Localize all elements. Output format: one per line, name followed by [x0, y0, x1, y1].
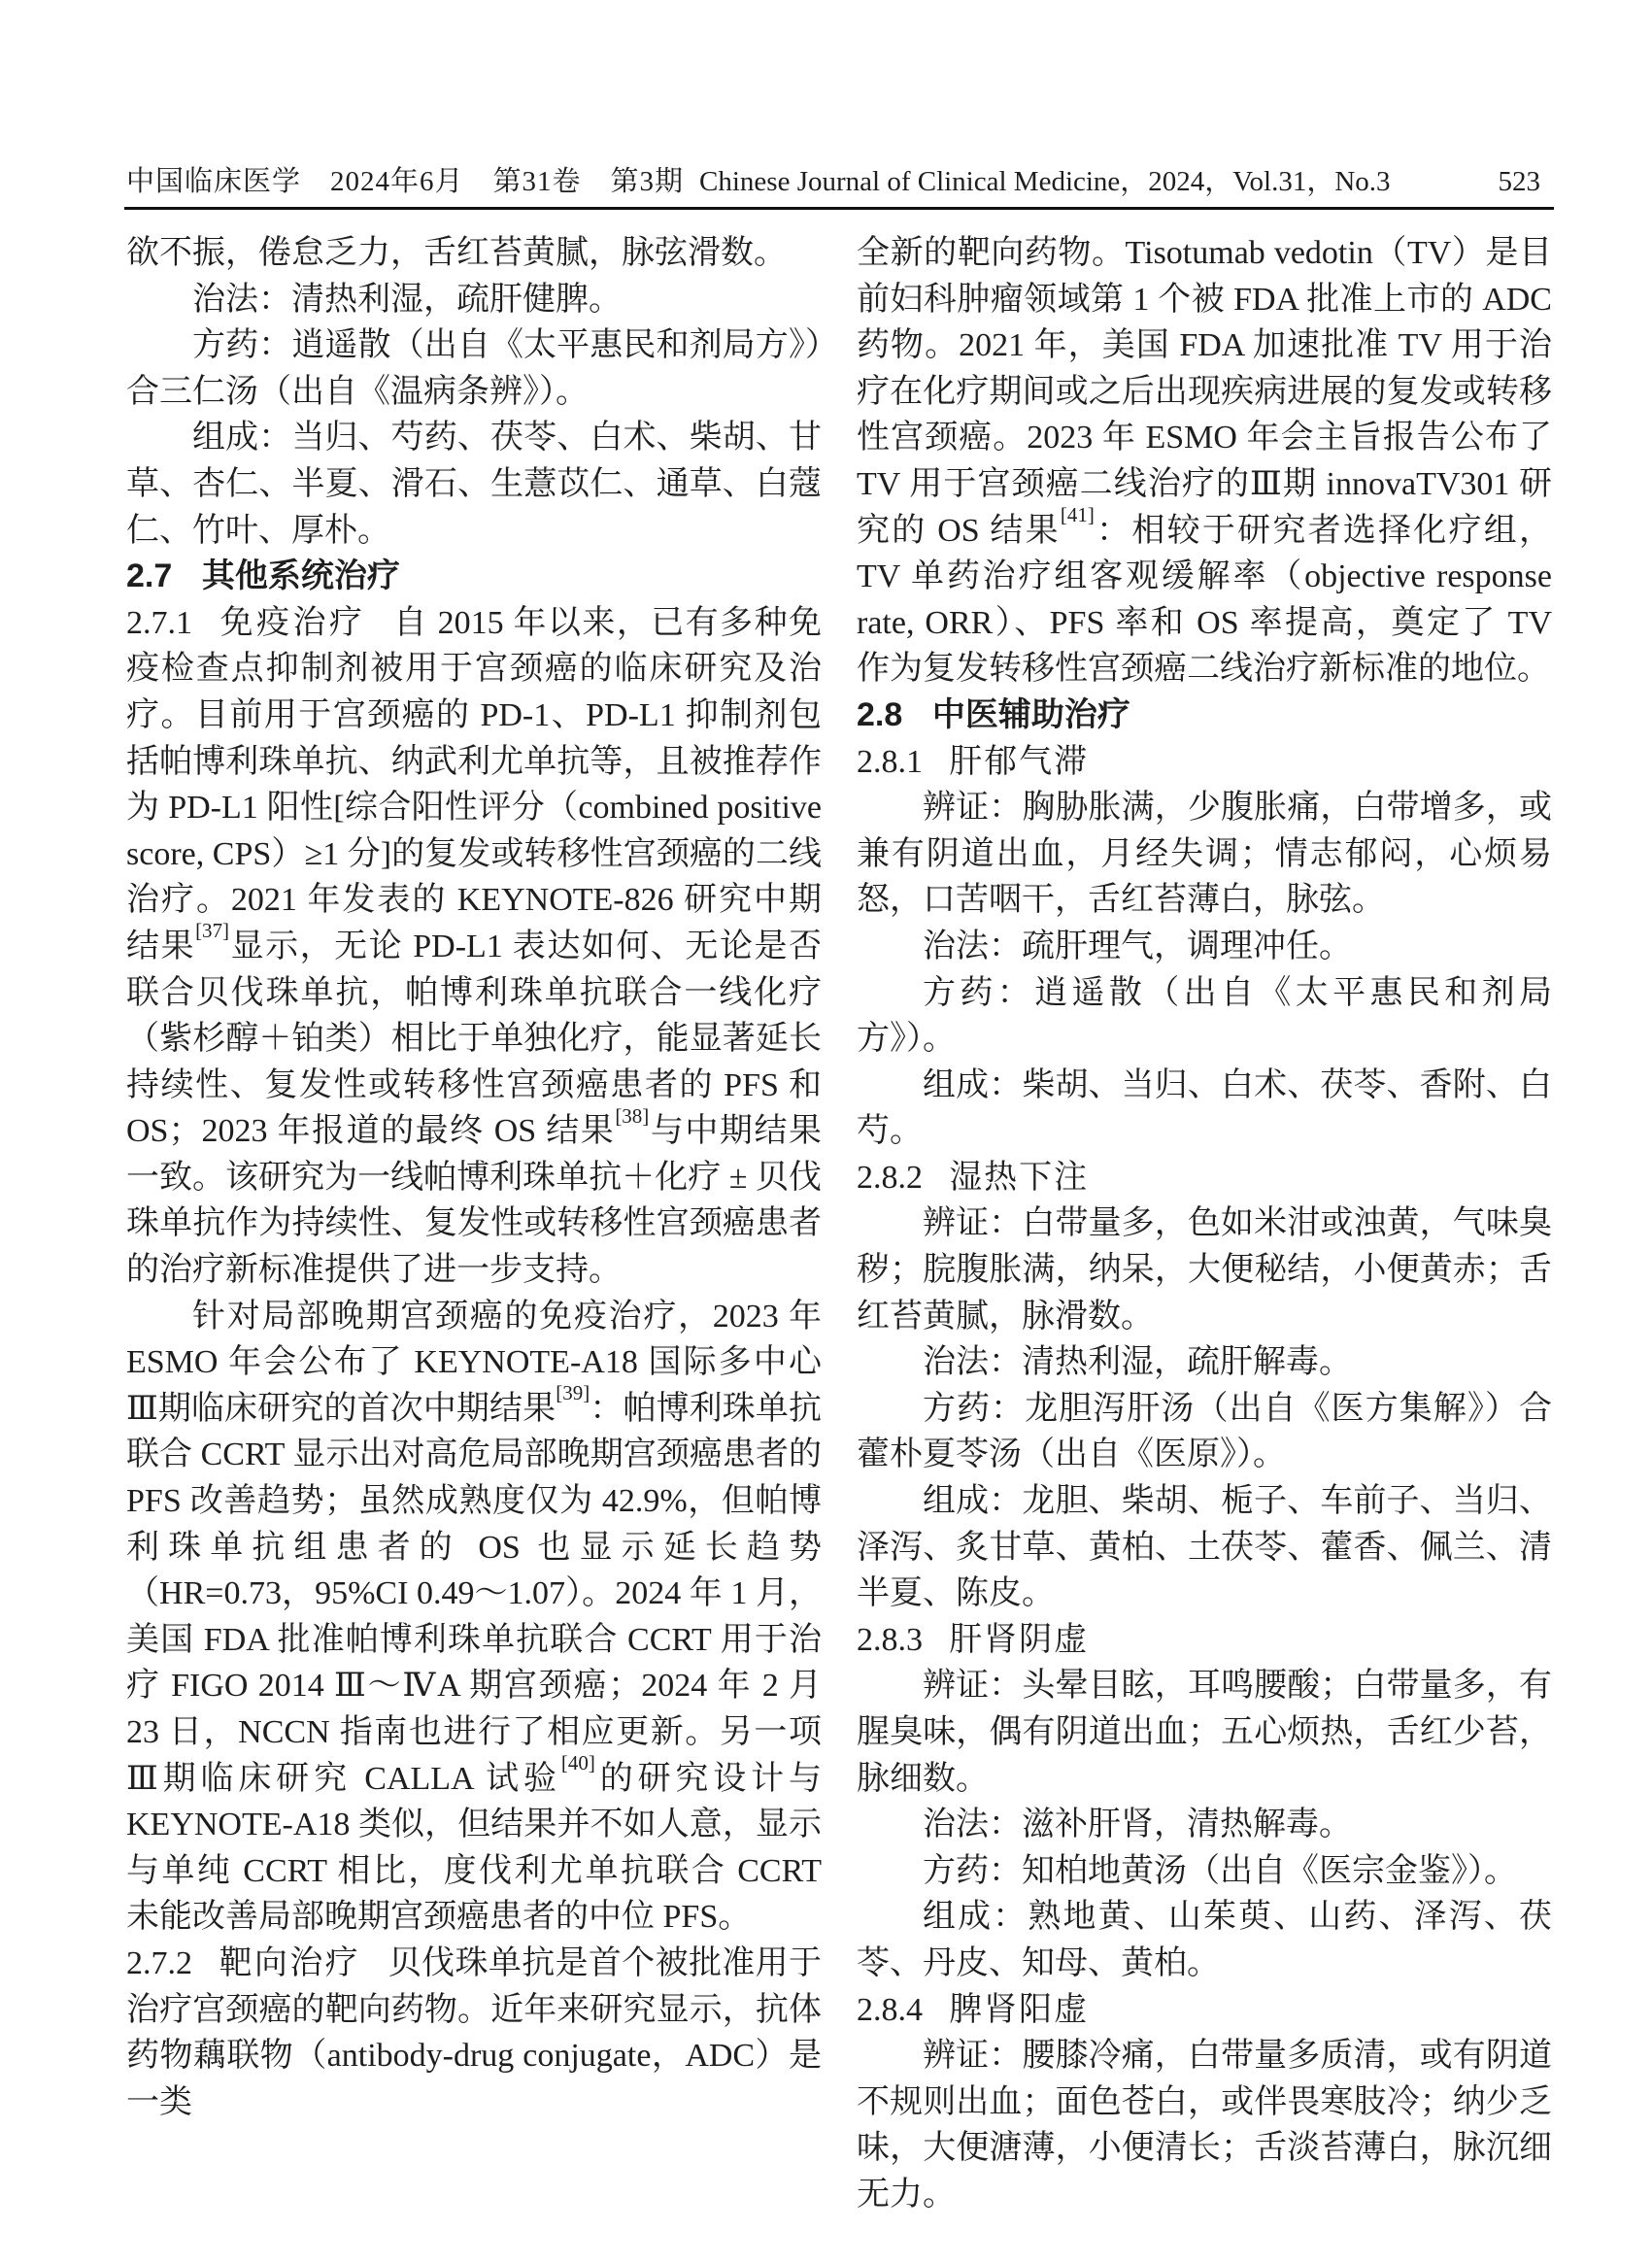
- subsection-title: 湿热下注: [949, 1160, 1089, 1196]
- section-number: 2.7: [126, 558, 172, 594]
- text-run: 方药：逍遥散（出自《太平惠民和剂局方》）。: [857, 975, 1552, 1058]
- subsection-heading: 2.8.3肝肾阴虚: [857, 1617, 1552, 1664]
- subsection-number: 2.7.2: [126, 1945, 192, 1981]
- paragraph: 方药：逍遥散（出自《太平惠民和剂局方》）。: [857, 970, 1552, 1063]
- subsection-heading: 2.7.1免疫治疗自 2015 年以来，已有多种免疫检查点抑制剂被用于宫颈癌的临…: [126, 600, 822, 1294]
- paragraph: 治法：清热利湿，疏肝解毒。: [857, 1339, 1552, 1386]
- section-title: 其他系统治疗: [202, 558, 400, 594]
- text-run: 自 2015 年以来，已有多种免疫检查点抑制剂被用于宫颈癌的临床研究及治疗。目前…: [126, 605, 822, 964]
- text-run: 全新的靶向药物。Tisotumab vedotin（TV）是目前妇科肿瘤领域第 …: [857, 235, 1552, 549]
- text-run: ：帕博利珠单抗联合 CCRT 显示出对高危局部晚期宫颈癌患者的 PFS 改善趋势…: [126, 1391, 822, 1797]
- text-run: 治法：清热利湿，疏肝解毒。: [923, 1344, 1352, 1380]
- text-run: 治法：疏肝理气，调理冲任。: [923, 929, 1352, 964]
- text-run: 治法：滋补肝肾，清热解毒。: [923, 1807, 1352, 1842]
- reference-superscript: [37]: [195, 919, 229, 942]
- reference-superscript: [40]: [561, 1751, 595, 1774]
- journal-title-cn: 中国临床医学 2024年6月 第31卷 第3期: [126, 165, 684, 198]
- paragraph: 辨证：腰膝冷痛，白带量多质清，或有阴道不规则出血；面色苍白，或伴畏寒肢冷；纳少乏…: [857, 2033, 1552, 2217]
- page-number: 523: [1499, 165, 1541, 198]
- subsection-heading: 2.7.2靶向治疗贝伐珠单抗是首个被批准用于治疗宫颈癌的靶向药物。近年来研究显示…: [126, 1941, 822, 2125]
- paragraph: 辨证：头晕目眩，耳鸣腰酸；白带量多，有腥臭味，偶有阴道出血；五心烦热，舌红少苔，…: [857, 1663, 1552, 1802]
- text-run: 方药：知柏地黄汤（出自《医宗金鉴》）。: [923, 1853, 1517, 1889]
- subsection-number: 2.7.1: [126, 605, 192, 641]
- subsection-number: 2.8.3: [857, 1622, 923, 1658]
- subsection-number: 2.8.4: [857, 1992, 923, 2028]
- article-column-right: 全新的靶向药物。Tisotumab vedotin（TV）是目前妇科肿瘤领域第 …: [857, 230, 1552, 2218]
- header-rule-divider: [124, 207, 1554, 210]
- paragraph: 治法：清热利湿，疏肝健脾。: [126, 277, 822, 323]
- subsection-number: 2.8.1: [857, 744, 923, 780]
- paragraph: 组成：龙胆、柴胡、栀子、车前子、当归、泽泻、炙甘草、黄柏、土茯苓、藿香、佩兰、清…: [857, 1478, 1552, 1617]
- reference-superscript: [38]: [615, 1104, 649, 1128]
- paragraph: 辨证：胸胁胀满，少腹胀痛，白带增多，或兼有阴道出血，月经失调；情志郁闷，心烦易怒…: [857, 785, 1552, 924]
- paragraph: 组成：熟地黄、山茱萸、山药、泽泻、茯苓、丹皮、知母、黄柏。: [857, 1894, 1552, 1986]
- subsection-heading: 2.8.1肝郁气滞: [857, 739, 1552, 786]
- paragraph: 方药：逍遥散（出自《太平惠民和剂局方》）合三仁汤（出自《温病条辨》）。: [126, 322, 822, 415]
- article-column-left: 欲不振，倦怠乏力，舌红苔黄腻，脉弦滑数。治法：清热利湿，疏肝健脾。方药：逍遥散（…: [126, 230, 822, 2218]
- article-body: 欲不振，倦怠乏力，舌红苔黄腻，脉弦滑数。治法：清热利湿，疏肝健脾。方药：逍遥散（…: [126, 230, 1552, 2218]
- paragraph: 治法：疏肝理气，调理冲任。: [857, 924, 1552, 970]
- reference-superscript: [39]: [556, 1381, 590, 1404]
- subsection-title: 靶向治疗: [219, 1945, 360, 1981]
- paragraph: 欲不振，倦怠乏力，舌红苔黄腻，脉弦滑数。: [126, 230, 822, 277]
- section-heading: 2.8中医辅助治疗: [857, 693, 1552, 739]
- subsection-number: 2.8.2: [857, 1160, 923, 1196]
- text-run: 方药：逍遥散（出自《太平惠民和剂局方》）合三仁汤（出自《温病条辨》）。: [126, 327, 822, 410]
- subsection-title: 肝郁气滞: [949, 744, 1089, 780]
- section-title: 中医辅助治疗: [932, 696, 1130, 733]
- paragraph: 全新的靶向药物。Tisotumab vedotin（TV）是目前妇科肿瘤领域第 …: [857, 230, 1552, 693]
- text-run: 组成：熟地黄、山茱萸、山药、泽泻、茯苓、丹皮、知母、黄柏。: [857, 1899, 1552, 1981]
- paragraph: 组成：当归、芍药、茯苓、白术、柴胡、甘草、杏仁、半夏、滑石、生薏苡仁、通草、白蔻…: [126, 415, 822, 554]
- section-heading: 2.7其他系统治疗: [126, 554, 822, 600]
- journal-page: { "header": { "journal_cn": "中国临床医学 2024…: [0, 0, 1652, 2264]
- text-run: 辨证：白带量多，色如米泔或浊黄，气味臭秽；脘腹胀满，纳呆，大便秘结，小便黄赤；舌…: [857, 1205, 1552, 1334]
- text-run: 组成：柴胡、当归、白术、茯苓、香附、白芍。: [857, 1067, 1552, 1150]
- subsection-title: 免疫治疗: [219, 605, 365, 641]
- text-run: 组成：龙胆、柴胡、栀子、车前子、当归、泽泻、炙甘草、黄柏、土茯苓、藿香、佩兰、清…: [857, 1483, 1552, 1611]
- text-run: 治法：清热利湿，疏肝健脾。: [192, 282, 622, 318]
- section-number: 2.8: [857, 696, 902, 733]
- text-run: 组成：当归、芍药、茯苓、白术、柴胡、甘草、杏仁、半夏、滑石、生薏苡仁、通草、白蔻…: [126, 420, 822, 548]
- journal-title-en: Chinese Journal of Clinical Medicine，202…: [699, 165, 1391, 198]
- subsection-heading: 2.8.4脾肾阳虚: [857, 1987, 1552, 2034]
- subsection-title: 脾肾阳虚: [949, 1992, 1089, 2028]
- paragraph: 针对局部晚期宫颈癌的免疫治疗，2023 年 ESMO 年会公布了 KEYNOTE…: [126, 1294, 822, 1941]
- running-head: 中国临床医学 2024年6月 第31卷 第3期 Chinese Journal …: [126, 165, 1554, 198]
- reference-superscript: [41]: [1061, 503, 1095, 526]
- paragraph: 方药：龙胆泻肝汤（出自《医方集解》）合藿朴夏苓汤（出自《医原》）。: [857, 1386, 1552, 1478]
- text-run: 辨证：头晕目眩，耳鸣腰酸；白带量多，有腥臭味，偶有阴道出血；五心烦热，舌红少苔，…: [857, 1668, 1552, 1796]
- paragraph: 治法：滋补肝肾，清热解毒。: [857, 1802, 1552, 1848]
- paragraph: 组成：柴胡、当归、白术、茯苓、香附、白芍。: [857, 1063, 1552, 1155]
- text-run: 欲不振，倦怠乏力，舌红苔黄腻，脉弦滑数。: [126, 235, 787, 271]
- text-run: 辨证：腰膝冷痛，白带量多质清，或有阴道不规则出血；面色苍白，或伴畏寒肢冷；纳少乏…: [857, 2038, 1552, 2213]
- paragraph: 辨证：白带量多，色如米泔或浊黄，气味臭秽；脘腹胀满，纳呆，大便秘结，小便黄赤；舌…: [857, 1200, 1552, 1339]
- subsection-title: 肝肾阴虚: [949, 1622, 1089, 1658]
- text-run: 辨证：胸胁胀满，少腹胀痛，白带增多，或兼有阴道出血，月经失调；情志郁闷，心烦易怒…: [857, 790, 1552, 918]
- paragraph: 方药：知柏地黄汤（出自《医宗金鉴》）。: [857, 1848, 1552, 1895]
- subsection-heading: 2.8.2湿热下注: [857, 1155, 1552, 1201]
- text-run: 方药：龙胆泻肝汤（出自《医方集解》）合藿朴夏苓汤（出自《医原》）。: [857, 1391, 1552, 1473]
